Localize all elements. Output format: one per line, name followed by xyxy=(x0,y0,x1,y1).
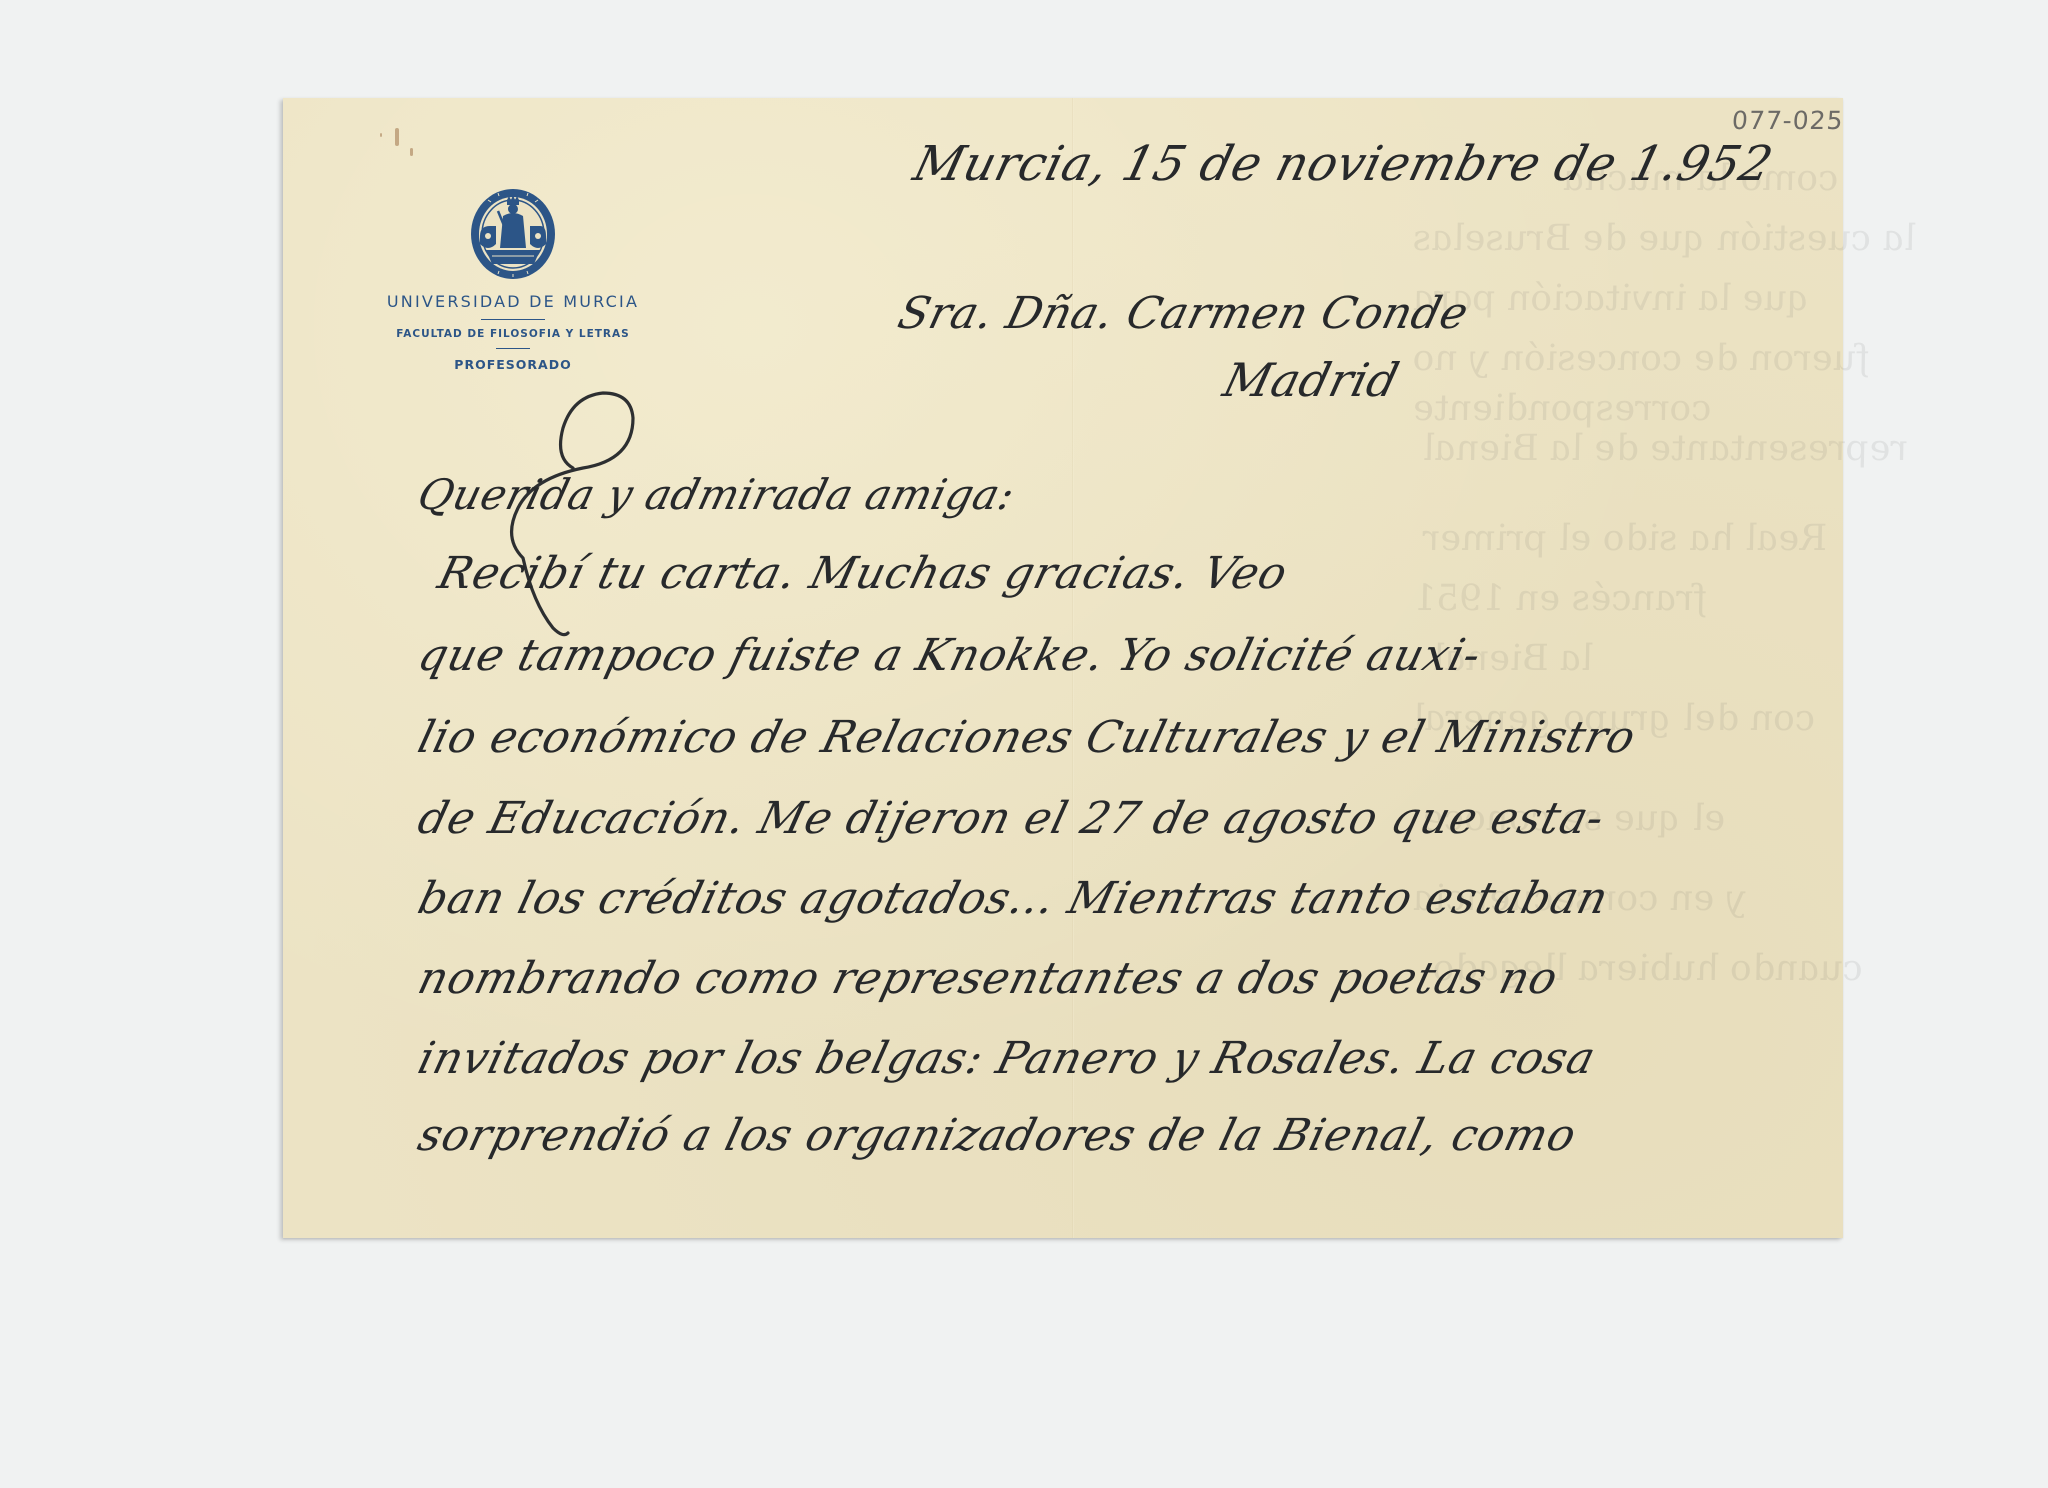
recipient-name: Sra. Dña. Carmen Conde xyxy=(893,288,1474,339)
show-through-text: representante de la Bienal xyxy=(1419,428,1913,469)
body-line: ban los créditos agotados... Mientras ta… xyxy=(413,873,1614,924)
body-line: lio económico de Relaciones Culturales y… xyxy=(413,712,1641,763)
letterhead-divider xyxy=(481,319,545,320)
archive-number: 077-025 xyxy=(1731,106,1844,135)
date-line: Murcia, 15 de noviembre de 1.952 xyxy=(908,136,1778,192)
body-line: nombrando como representantes a dos poet… xyxy=(413,953,1563,1004)
letter-page: como la mucha la cuestión que de Brusela… xyxy=(283,98,1843,1238)
faculty-name: FACULTAD DE FILOSOFIA Y LETRAS xyxy=(343,328,683,340)
show-through-text: la cuestión que de Bruselas xyxy=(1409,218,1920,259)
body-line: sorprendió a los organizadores de la Bie… xyxy=(413,1110,1582,1161)
letterhead-divider xyxy=(496,348,530,349)
university-seal-icon xyxy=(468,186,558,282)
body-line: invitados por los belgas: Panero y Rosal… xyxy=(413,1033,1601,1084)
body-line: de Educación. Me dijeron el 27 de agosto… xyxy=(413,793,1610,844)
body-line: que tampoco fuiste a Knokke. Yo solicité… xyxy=(413,630,1486,681)
paper-stain xyxy=(380,133,382,137)
show-through-text: francés en 1951 xyxy=(1409,578,1712,619)
show-through-text: correspondiente xyxy=(1409,388,1716,429)
paper-stain xyxy=(395,128,399,146)
recipient-city: Madrid xyxy=(1218,353,1405,407)
salutation: Querida y admirada amiga: xyxy=(413,470,1020,519)
department-name: PROFESORADO xyxy=(343,357,683,372)
institution-name: UNIVERSIDAD DE MURCIA xyxy=(343,292,683,311)
show-through-text: Real ha sido el primer xyxy=(1419,518,1831,559)
show-through-text: fueron de concesión y no xyxy=(1409,338,1874,379)
paper-stain xyxy=(410,148,413,156)
body-line: Recibí tu carta. Muchas gracias. Veo xyxy=(433,548,1293,599)
letterhead: UNIVERSIDAD DE MURCIA FACULTAD DE FILOSO… xyxy=(343,186,683,372)
